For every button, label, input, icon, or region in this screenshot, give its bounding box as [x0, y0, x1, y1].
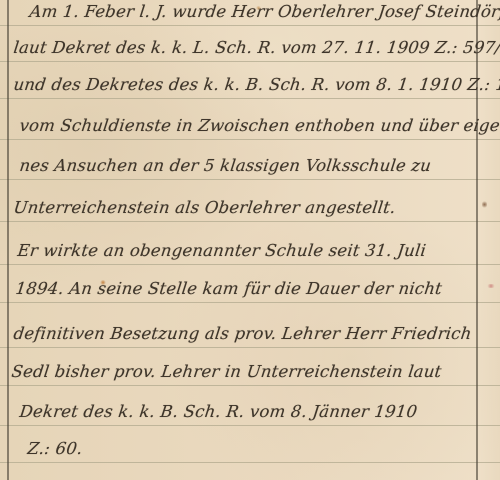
- handwriting-line: Z.: 60.: [26, 435, 84, 462]
- handwriting-line: und des Dekretes des k. k. B. Sch. R. vo…: [12, 71, 500, 98]
- handwriting-line: Er wirkte an obengenannter Schule seit 3…: [16, 237, 428, 264]
- foxing-spot: [100, 280, 106, 285]
- foxing-spot: [256, 6, 261, 10]
- handwriting-line: Am 1. Feber l. J. wurde Herr Oberlehrer …: [28, 0, 500, 25]
- ruled-line: [0, 179, 500, 180]
- foxing-spot: [487, 284, 495, 288]
- handwriting-line: Unterreichenstein als Oberlehrer angeste…: [12, 194, 397, 221]
- ruled-line: [0, 425, 500, 426]
- ruled-line: [0, 462, 500, 463]
- handwriting-line: laut Dekret des k. k. L. Sch. R. vom 27.…: [12, 34, 500, 61]
- ruled-line: [0, 385, 500, 386]
- handwriting-line: vom Schuldienste in Zwoischen enthoben u…: [18, 112, 500, 139]
- ruled-line: [0, 25, 500, 26]
- handwriting-line: Dekret des k. k. B. Sch. R. vom 8. Jänne…: [18, 398, 419, 425]
- ruled-line: [0, 302, 500, 303]
- ruled-line: [0, 98, 500, 99]
- foxing-spot: [482, 201, 487, 208]
- ruled-line: [0, 61, 500, 62]
- ruled-line: [0, 221, 500, 222]
- margin-rule-left: [7, 0, 9, 480]
- handwriting-line: Sedl bisher prov. Lehrer in Unterreichen…: [10, 358, 443, 385]
- ruled-line: [0, 347, 500, 348]
- handwriting-line: nes Ansuchen an der 5 klassigen Volkssch…: [18, 152, 433, 179]
- manuscript-page: Am 1. Feber l. J. wurde Herr Oberlehrer …: [0, 0, 500, 480]
- ruled-line: [0, 139, 500, 140]
- handwriting-line: definitiven Besetzung als prov. Lehrer H…: [12, 320, 473, 347]
- ruled-line: [0, 264, 500, 265]
- handwriting-line: 1894. An seine Stelle kam für die Dauer …: [14, 275, 444, 302]
